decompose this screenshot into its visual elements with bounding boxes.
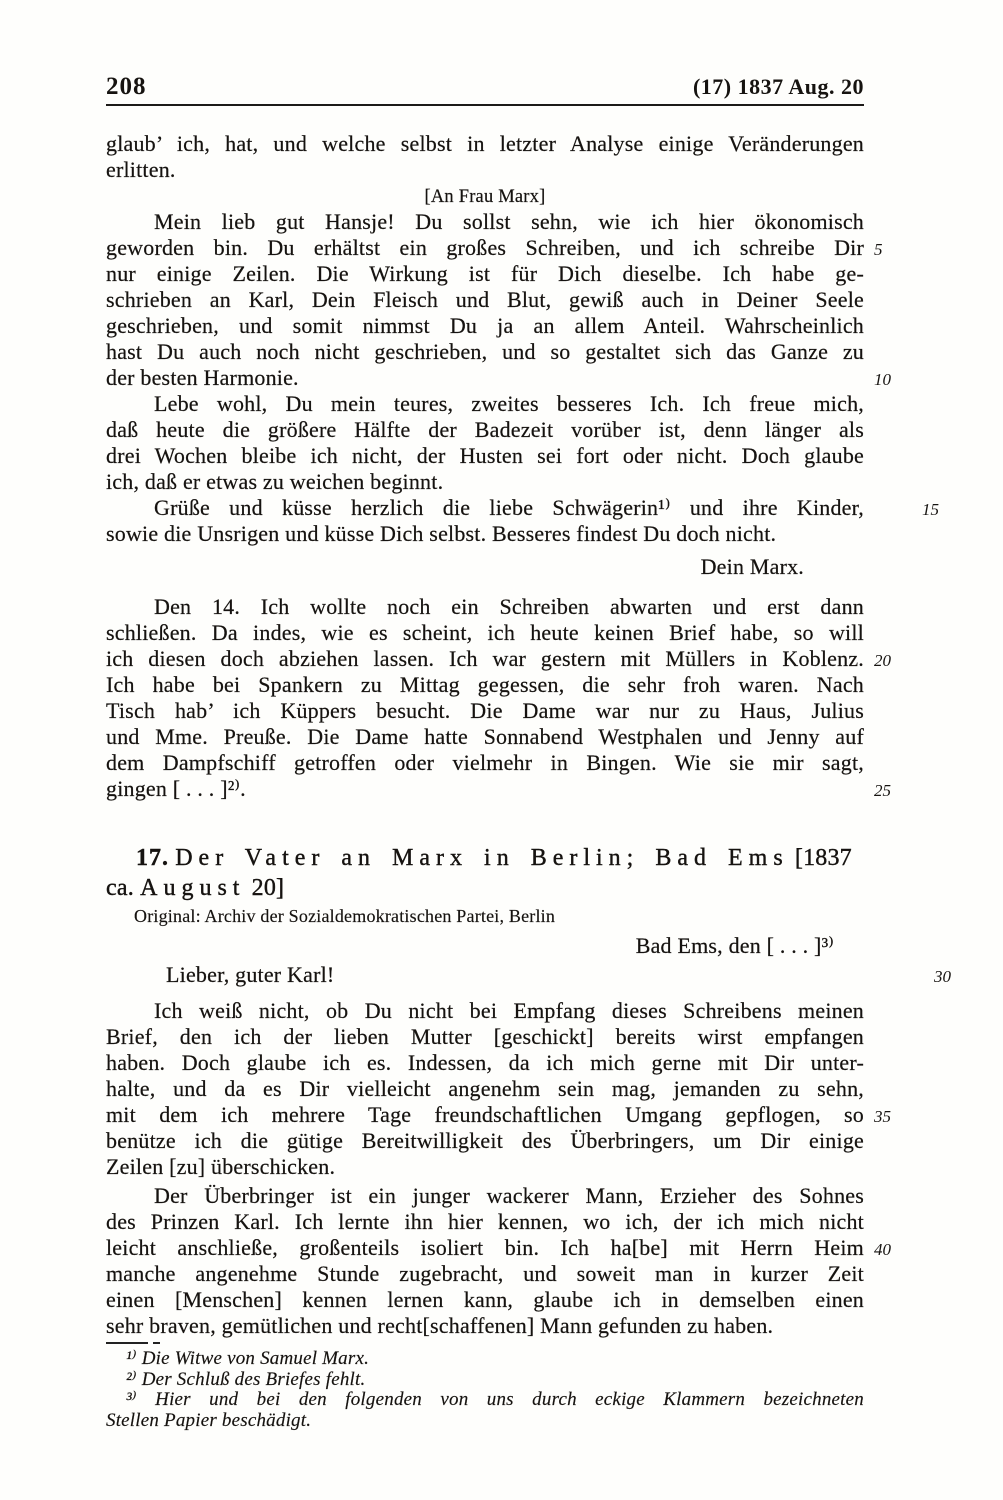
text-line: und Mme. Preuße. Die Dame hatte Sonnaben… (106, 724, 864, 750)
line-text: Stellen Papier beschädigt. (106, 1410, 311, 1431)
text-line: Stellen Papier beschädigt. (106, 1411, 864, 1432)
footnote-separator-rule (106, 1342, 160, 1344)
line-text: einen [Menschen] kennen lernen kann, gla… (106, 1287, 864, 1312)
line-text: sehr braven, gemütlichen und recht[schaf… (106, 1313, 773, 1338)
text-line: der besten Harmonie.10 (106, 365, 864, 391)
text-block: glaub’ ich, hat, und welche selbst in le… (106, 131, 864, 183)
line-text: Ich habe bei Spankern zu Mittag gegessen… (106, 672, 864, 697)
line-text: mit dem ich mehrere Tage freundschaftlic… (106, 1102, 864, 1127)
heading-tail: 20] (252, 875, 285, 901)
line-text: ¹⁾ Die Witwe von Samuel Marx. (126, 1348, 369, 1369)
footnote-list: ¹⁾ Die Witwe von Samuel Marx.²⁾ Der Schl… (106, 1349, 864, 1431)
text-block: Dein Marx. (106, 554, 864, 580)
text-line: halte, und da es Dir vielleicht angenehm… (106, 1076, 864, 1102)
line-text: erlitten. (106, 157, 176, 182)
text-block: Lebe wohl, Du mein teures, zweites besse… (106, 391, 864, 495)
text-line: Den 14. Ich wollte noch ein Schreiben ab… (106, 594, 864, 620)
text-block: Mein lieb gut Hansje! Du sollst sehn, wi… (106, 209, 864, 391)
footnote: ¹⁾ Die Witwe von Samuel Marx. (106, 1349, 864, 1370)
heading-lead: ca. (106, 875, 134, 901)
text-column: 208 (17) 1837 Aug. 20 glaub’ ich, hat, u… (106, 75, 864, 1431)
text-line: gingen [ . . . ]²⁾.25 (106, 776, 864, 802)
line-text: geschrieben, und somit nimmst Du ja an a… (106, 313, 864, 338)
margin-line-number: 35 (874, 1108, 891, 1125)
text-line: Original: Archiv der Sozialdemokratische… (106, 904, 864, 928)
text-line: benütze ich die gütige Bereitwilligkeit … (106, 1128, 864, 1154)
heading-spaced-text: Der Vater an Marx in Berlin; Bad Ems (175, 845, 788, 871)
line-text: gingen [ . . . ]²⁾. (106, 776, 246, 801)
text-line: glaub’ ich, hat, und welche selbst in le… (106, 131, 864, 157)
text-block: Der Überbringer ist ein junger wackerer … (106, 1183, 864, 1339)
line-text: dem Dampfschiff getroffen oder vielmehr … (106, 750, 864, 775)
text-line: Dein Marx. (106, 554, 804, 580)
text-block: Lieber, guter Karl!30 (106, 962, 864, 988)
text-line: mit dem ich mehrere Tage freundschaftlic… (106, 1102, 864, 1128)
margin-line-number: 15 (874, 501, 939, 518)
line-text: und Mme. Preuße. Die Dame hatte Sonnaben… (106, 724, 864, 749)
line-text: ³⁾ Hier und bei den folgenden von uns du… (126, 1389, 864, 1410)
text-line: [An Frau Marx] (106, 185, 864, 209)
heading-spaced-text: August (140, 875, 245, 901)
text-line: nur einige Zeilen. Die Wirkung ist für D… (106, 261, 864, 287)
footnote: ²⁾ Der Schluß des Briefes fehlt. (106, 1370, 864, 1391)
text-line: einen [Menschen] kennen lernen kann, gla… (106, 1287, 864, 1313)
line-text: Tisch hab’ ich Küppers besucht. Die Dame… (106, 698, 864, 723)
line-text: schließen. Da indes, wie es scheint, ich… (106, 620, 864, 645)
text-line: Lieber, guter Karl!30 (106, 962, 864, 988)
text-line: schrieben an Karl, Dein Fleisch und Blut… (106, 287, 864, 313)
text-line: des Prinzen Karl. Ich lernte ihn hier ke… (106, 1209, 864, 1235)
line-text: Den 14. Ich wollte noch ein Schreiben ab… (154, 594, 864, 619)
text-line: Ich weiß nicht, ob Du nicht bei Empfang … (106, 998, 864, 1024)
line-text: ich, daß er etwas zu weichen beginnt. (106, 469, 443, 494)
text-line: Der Überbringer ist ein junger wackerer … (106, 1183, 864, 1209)
line-text: geworden bin. Du erhältst ein großes Sch… (106, 235, 864, 260)
line-text: benütze ich die gütige Bereitwilligkeit … (106, 1128, 864, 1153)
line-text: hast Du auch noch nicht geschrieben, und… (106, 339, 864, 364)
text-line: hast Du auch noch nicht geschrieben, und… (106, 339, 864, 365)
line-text: der besten Harmonie. (106, 365, 299, 390)
margin-line-number: 5 (874, 241, 883, 258)
text-line: sowie die Unsrigen und küsse Dich selbst… (106, 521, 864, 547)
margin-line-number: 25 (874, 782, 891, 799)
line-text: ²⁾ Der Schluß des Briefes fehlt. (126, 1369, 365, 1390)
line-text: daß heute die größere Hälfte der Badezei… (106, 417, 864, 442)
letter-heading: 17. Der Vater an Marx in Berlin; Bad Ems… (106, 843, 864, 903)
text-line: dem Dampfschiff getroffen oder vielmehr … (106, 750, 864, 776)
text-line: ²⁾ Der Schluß des Briefes fehlt. (106, 1370, 864, 1391)
text-line: Zeilen [zu] überschicken. (106, 1154, 864, 1180)
text-block: Bad Ems, den [ . . . ]³⁾ (106, 933, 864, 959)
text-block: Den 14. Ich wollte noch ein Schreiben ab… (106, 594, 864, 802)
book-page-scan: 208 (17) 1837 Aug. 20 glaub’ ich, hat, u… (0, 0, 1003, 1500)
margin-line-number: 10 (874, 371, 891, 388)
text-line: geschrieben, und somit nimmst Du ja an a… (106, 313, 864, 339)
heading-line: 17. Der Vater an Marx in Berlin; Bad Ems… (106, 843, 864, 873)
text-line: ich, daß er etwas zu weichen beginnt. (106, 469, 864, 495)
letter-text-blocks: glaub’ ich, hat, und welche selbst in le… (106, 131, 864, 1339)
line-text: schrieben an Karl, Dein Fleisch und Blut… (106, 287, 864, 312)
line-text: nur einige Zeilen. Die Wirkung ist für D… (106, 261, 864, 286)
text-line: Ich habe bei Spankern zu Mittag gegessen… (106, 672, 864, 698)
line-text: haben. Doch glaube ich es. Indessen, da … (106, 1050, 864, 1075)
line-text: leicht anschließe, großenteils isoliert … (106, 1235, 864, 1260)
text-block: Grüße und küsse herzlich die liebe Schwä… (106, 495, 864, 547)
footnote: ³⁾ Hier und bei den folgenden von uns du… (106, 1390, 864, 1431)
text-block: Original: Archiv der Sozialdemokratische… (106, 904, 864, 928)
text-line: Tisch hab’ ich Küppers besucht. Die Dame… (106, 698, 864, 724)
line-text: Ich weiß nicht, ob Du nicht bei Empfang … (154, 998, 864, 1023)
text-line: ich diesen doch abziehen lassen. Ich war… (106, 646, 864, 672)
line-text: Der Überbringer ist ein junger wackerer … (154, 1183, 864, 1208)
margin-line-number: 20 (874, 652, 891, 669)
text-line: haben. Doch glaube ich es. Indessen, da … (106, 1050, 864, 1076)
text-line: Brief, den ich der lieben Mutter [geschi… (106, 1024, 864, 1050)
line-text: Grüße und küsse herzlich die liebe Schwä… (154, 495, 864, 520)
text-block: Ich weiß nicht, ob Du nicht bei Empfang … (106, 998, 864, 1180)
heading-line: ca. August 20] (106, 873, 864, 903)
margin-line-number: 30 (874, 968, 951, 985)
text-line: Mein lieb gut Hansje! Du sollst sehn, wi… (106, 209, 864, 235)
line-text: Bad Ems, den [ . . . ]³⁾ (636, 933, 834, 958)
text-line: Grüße und küsse herzlich die liebe Schwä… (106, 495, 864, 521)
line-text: ich diesen doch abziehen lassen. Ich war… (106, 646, 864, 671)
line-text: Lebe wohl, Du mein teures, zweites besse… (154, 391, 864, 416)
line-text: Brief, den ich der lieben Mutter [geschi… (106, 1024, 864, 1049)
footnotes-section: ¹⁾ Die Witwe von Samuel Marx.²⁾ Der Schl… (106, 1342, 864, 1431)
text-line: erlitten. (106, 157, 864, 183)
heading-number: 17. (136, 845, 169, 871)
text-line: ¹⁾ Die Witwe von Samuel Marx. (106, 1349, 864, 1370)
text-line: ³⁾ Hier und bei den folgenden von uns du… (106, 1390, 864, 1411)
line-text: manche angenehme Stunde zugebracht, und … (106, 1261, 864, 1286)
text-line: geworden bin. Du erhältst ein großes Sch… (106, 235, 864, 261)
running-header: 208 (17) 1837 Aug. 20 (106, 75, 864, 106)
line-text: Mein lieb gut Hansje! Du sollst sehn, wi… (154, 209, 864, 234)
text-line: Bad Ems, den [ . . . ]³⁾ (106, 933, 834, 959)
line-text: Lieber, guter Karl! (166, 962, 334, 987)
text-line: drei Wochen bleibe ich nicht, der Husten… (106, 443, 864, 469)
margin-line-number: 40 (874, 1241, 891, 1258)
text-line: schließen. Da indes, wie es scheint, ich… (106, 620, 864, 646)
text-block: [An Frau Marx] (106, 185, 864, 209)
text-line: Lebe wohl, Du mein teures, zweites besse… (106, 391, 864, 417)
line-text: glaub’ ich, hat, und welche selbst in le… (106, 131, 864, 156)
header-letter-date: (17) 1837 Aug. 20 (693, 75, 864, 99)
text-line: leicht anschließe, großenteils isoliert … (106, 1235, 864, 1261)
text-line: daß heute die größere Hälfte der Badezei… (106, 417, 864, 443)
line-text: halte, und da es Dir vielleicht angenehm… (106, 1076, 864, 1101)
line-text: des Prinzen Karl. Ich lernte ihn hier ke… (106, 1209, 864, 1234)
line-text: sowie die Unsrigen und küsse Dich selbst… (106, 521, 776, 546)
page-number: 208 (106, 75, 147, 99)
text-line: sehr braven, gemütlichen und recht[schaf… (106, 1313, 864, 1339)
line-text: drei Wochen bleibe ich nicht, der Husten… (106, 443, 864, 468)
heading-tail: [1837 (795, 845, 852, 871)
line-text: Original: Archiv der Sozialdemokratische… (134, 906, 555, 926)
text-line: manche angenehme Stunde zugebracht, und … (106, 1261, 864, 1287)
line-text: Zeilen [zu] überschicken. (106, 1154, 335, 1179)
line-text: [An Frau Marx] (425, 187, 546, 207)
line-text: Dein Marx. (701, 554, 804, 579)
